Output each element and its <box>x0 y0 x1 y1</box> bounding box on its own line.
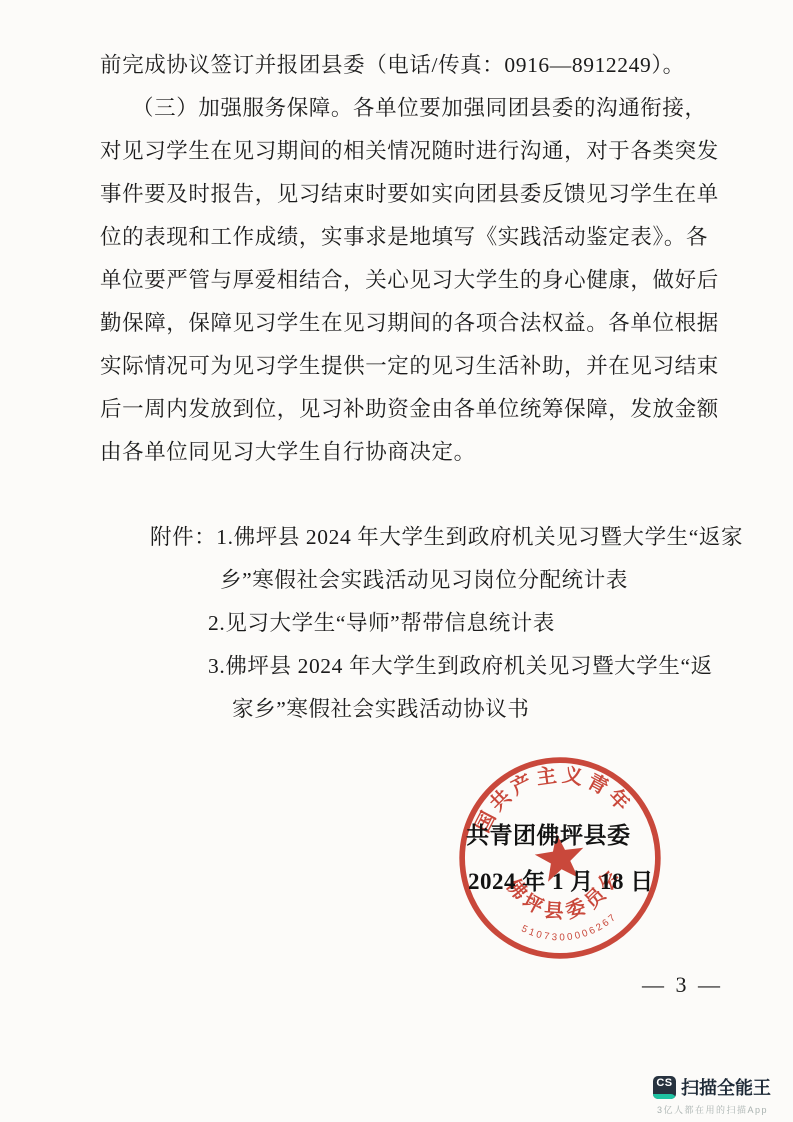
body-line: （三）加强服务保障。各单位要加强同团县委的沟通衔接， <box>100 87 718 130</box>
attachment-line: 3.佛坪县 2024 年大学生到政府机关见习暨大学生“返 <box>150 645 750 688</box>
body-line: 实际情况可为见习学生提供一定的见习生活补助，并在见习结束 <box>100 345 718 388</box>
seal-graphic: 中国共产主义青年团 佛坪县委员会 5107300006267 <box>444 742 677 975</box>
scanned-document-page: 前完成协议签订并报团县委（电话/传真：0916—8912249）。 （三）加强服… <box>0 0 793 1122</box>
camscanner-logo-icon: CS <box>653 1076 676 1099</box>
attachment-line: 附件：1.佛坪县 2024 年大学生到政府机关见习暨大学生“返家 <box>150 516 750 559</box>
body-text: 前完成协议签订并报团县委（电话/传真：0916—8912249）。 （三）加强服… <box>100 44 718 474</box>
watermark-app-name: 扫描全能王 <box>681 1074 771 1100</box>
attachment-line: 乡”寒假社会实践活动见习岗位分配统计表 <box>150 559 750 602</box>
body-line: 位的表现和工作成绩，实事求是地填写《实践活动鉴定表》。各 <box>100 216 718 259</box>
body-line: 勤保障，保障见习学生在见习期间的各项合法权益。各单位根据 <box>100 302 718 345</box>
signature-org-name: 共青团佛坪县委 <box>466 817 631 850</box>
body-line: 事件要及时报告，见习结束时要如实向团县委反馈见习学生在单 <box>100 173 718 216</box>
attachment-line: 家乡”寒假社会实践活动协议书 <box>150 688 750 731</box>
signature-date: 2024 年 1 月 18 日 <box>468 863 654 896</box>
watermark-tagline: 3亿人都在用的扫描App <box>653 1103 785 1116</box>
camscanner-logo-text: CS <box>653 1077 676 1089</box>
page-number: — 3 — <box>642 972 723 998</box>
body-line: 由各单位同见习大学生自行协商决定。 <box>100 431 718 474</box>
scanner-watermark: CS 扫描全能王 3亿人都在用的扫描App <box>653 1074 785 1116</box>
official-seal: 中国共产主义青年团 佛坪县委员会 5107300006267 <box>444 742 677 975</box>
body-line: 后一周内发放到位，见习补助资金由各单位统筹保障，发放金额 <box>100 388 718 431</box>
attachment-list: 附件：1.佛坪县 2024 年大学生到政府机关见习暨大学生“返家 乡”寒假社会实… <box>150 516 750 731</box>
body-line: 前完成协议签订并报团县委（电话/传真：0916—8912249）。 <box>100 44 718 87</box>
body-line: 单位要严管与厚爱相结合，关心见习大学生的身心健康，做好后 <box>100 259 718 302</box>
camscanner-logo-accent <box>653 1094 676 1099</box>
body-line: 对见习学生在见习期间的相关情况随时进行沟通，对于各类突发 <box>100 130 718 173</box>
attachment-line: 2.见习大学生“导师”帮带信息统计表 <box>150 602 750 645</box>
